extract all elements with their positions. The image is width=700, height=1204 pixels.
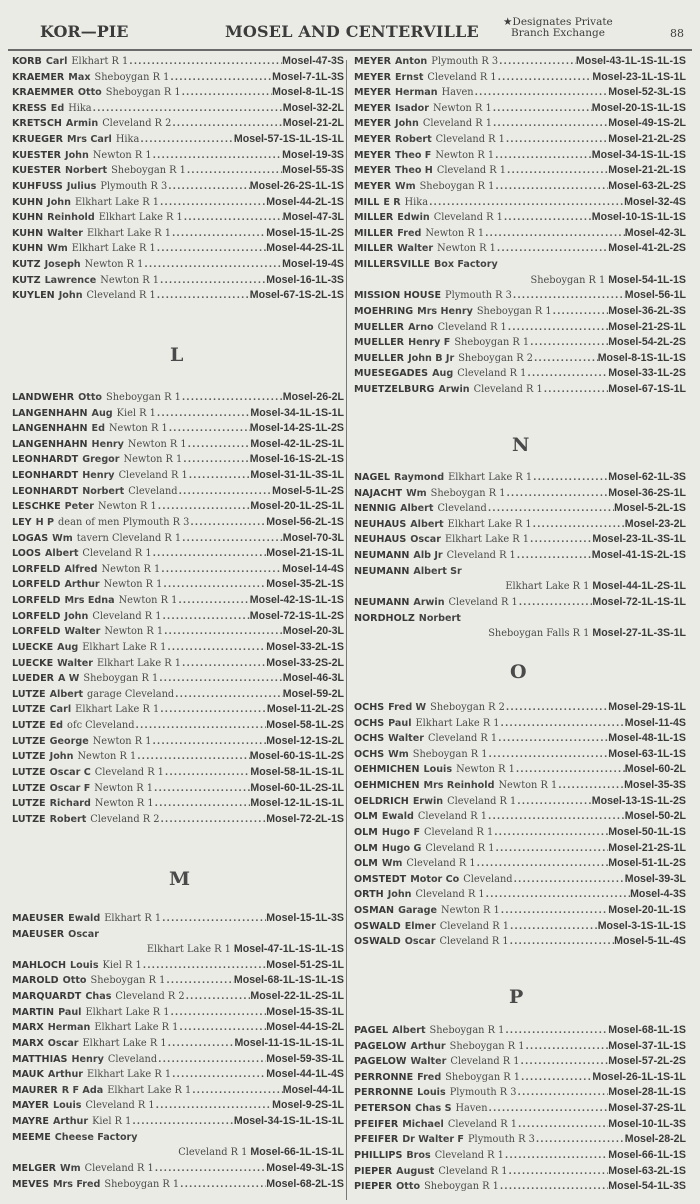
listing-given-name: Louis	[424, 762, 453, 778]
listing-continuation-row: Sheboygan Falls R 1Mosel-27-1L-3S-1L	[354, 626, 686, 642]
listing-given-name: Max	[68, 70, 90, 86]
leader-dots	[495, 148, 592, 164]
listing-phone-number: Mosel-47-3L	[283, 210, 344, 226]
listing-surname: OSWALD	[354, 934, 401, 950]
leader-dots	[182, 390, 283, 406]
listing-location: Cleveland R 1	[457, 366, 526, 382]
listing-row: LORFELDArthurNewton R 1Mosel-35-2L-1S	[12, 577, 344, 593]
listing-phone-number: Mosel-21-2S-1L	[608, 320, 686, 336]
leader-dots	[190, 515, 266, 531]
listing-row: MAUKArthurElkhart Lake R 1Mosel-44-1L-4S	[12, 1067, 344, 1083]
listing-location: Cleveland	[128, 484, 177, 500]
listing-surname: MATTHIAS	[12, 1052, 67, 1068]
listing-location: Cleveland R 1	[439, 934, 508, 950]
listing-given-name: Arwin	[413, 595, 444, 611]
listing-phone-number: Mosel-28-1L-1S	[608, 1085, 686, 1101]
listing-given-name: Paul	[58, 1005, 81, 1021]
listing-given-name: Wm	[395, 179, 416, 195]
leader-dots	[500, 1179, 608, 1195]
listing-row: MEYERRobertCleveland R 1Mosel-21-2L-2S	[354, 132, 686, 148]
listing-surname: MEYER	[354, 70, 391, 86]
listing-row: KUTZLawrenceNewton R 1Mosel-16-1L-3S	[12, 273, 344, 289]
listing-row: MEYERWmSheboygan R 1Mosel-63-2L-2S	[354, 179, 686, 195]
listing-surname: LEONHARDT	[12, 484, 78, 500]
listing-row: OLMHugo GCleveland R 1Mosel-21-2S-1L	[354, 841, 686, 857]
listing-given-name: Henry	[92, 437, 124, 453]
listing-surname: MILL	[354, 195, 379, 211]
listing-surname: PIEPER	[354, 1164, 392, 1180]
listing-row: MOEHRINGMrs HenrySheboygan R 1Mosel-36-2…	[354, 304, 686, 320]
listing-surname: LUTZE	[12, 796, 46, 812]
listing-location: Elkhart R 1	[104, 911, 161, 927]
listing-given-name: Mrs Fred	[53, 1177, 100, 1193]
listing-location: Kiel R 1	[92, 1114, 131, 1130]
listing-surname: OLM	[354, 856, 378, 872]
listing-given-name: Theo H	[395, 163, 433, 179]
listing-row: PERRONNEFredSheboygan R 1Mosel-26-1L-1S-…	[354, 1070, 686, 1086]
listing-phone-number: Mosel-63-2L-2S	[608, 179, 686, 195]
listing-given-name: John	[59, 288, 83, 304]
listing-phone-number: Mosel-67-1S-1L	[608, 382, 686, 398]
listing-phone-number: Mosel-58-1L-1S-1L	[250, 765, 344, 781]
leader-dots	[169, 421, 250, 437]
listing-phone-number: Mosel-16-1S-2L-1S	[250, 452, 344, 468]
listing-row: KRUEGERMrs CarlHikaMosel-57-1S-1L-1S-1L	[12, 132, 344, 148]
leader-dots	[168, 179, 250, 195]
listing-given-name: Arno	[408, 320, 434, 336]
listing-surname: OLM	[354, 841, 378, 857]
listing-surname: LORFELD	[12, 609, 61, 625]
listing-surname: LUTZE	[12, 702, 46, 718]
alphabetic-range: KOR—PIE	[40, 22, 128, 41]
listing-row: OEHMICHENLouisNewton R 1Mosel-60-2L	[354, 762, 686, 778]
listing-phone-number: Mosel-42-1L-2S-1L	[250, 437, 344, 453]
listing-row: KORBCarlElkhart R 1Mosel-47-3S	[12, 54, 344, 70]
listing-given-name: Carl	[50, 702, 72, 718]
listing-surname: LUECKE	[12, 656, 53, 672]
leader-dots	[187, 163, 282, 179]
listing-surname: PIEPER	[354, 1179, 392, 1195]
listing-phone-number: Mosel-20-1S-1L-1S	[592, 101, 686, 117]
listing-location: Cleveland R 1	[438, 1164, 507, 1180]
leader-dots	[519, 595, 593, 611]
leader-dots	[494, 825, 608, 841]
leader-dots	[172, 1067, 266, 1083]
listing-phone-number: Mosel-33-1L-2S	[608, 366, 686, 382]
listing-given-name: Arthur	[411, 1039, 446, 1055]
listing-surname: KRAEMER	[12, 70, 64, 86]
listing-given-name: Aug	[57, 640, 78, 656]
listing-location: Haven	[455, 1101, 487, 1117]
listing-phone-number: Mosel-59-3S-1L	[266, 1052, 344, 1068]
listing-given-name: Louis	[70, 958, 99, 974]
listing-surname: PHILLIPS	[354, 1148, 402, 1164]
listing-surname: LORFELD	[12, 577, 61, 593]
listing-surname: NEUMANN	[354, 595, 409, 611]
listing-given-name: Louis	[53, 1098, 82, 1114]
listing-surname: MARTIN	[12, 1005, 54, 1021]
listing-given-name: Arwin	[438, 382, 469, 398]
listing-location: Cleveland R 1	[440, 919, 509, 935]
listing-row: MUESEGADESAugCleveland R 1Mosel-33-1L-2S	[354, 366, 686, 382]
listing-row: LUTZEOscar FNewton R 1Mosel-60-1L-2S-1L	[12, 781, 344, 797]
listing-surname: OCHS	[354, 700, 384, 716]
listing-location: Kiel R 1	[103, 958, 142, 974]
leader-dots	[517, 794, 592, 810]
listing-surname: LUTZE	[12, 734, 46, 750]
listing-surname: KUHN	[12, 226, 43, 242]
listing-row: MAURERR F AdaElkhart Lake R 1Mosel-44-1L	[12, 1083, 344, 1099]
listing-row: LANGENHAHNEdNewton R 1Mosel-14-2S-1L-2S	[12, 421, 344, 437]
listing-given-name: Hugo F	[382, 825, 420, 841]
listing-phone-number: Mosel-59-2L	[283, 687, 344, 703]
listing-location: Elkhart Lake R 1	[99, 210, 183, 226]
listing-location: Sheboygan R 1	[106, 85, 181, 101]
listing-location: Cleveland R 1	[85, 1161, 154, 1177]
listing-given-name: Wm	[52, 531, 73, 547]
leader-dots	[517, 548, 592, 564]
listing-row: MAEUSEREwaldElkhart R 1Mosel-15-1L-3S	[12, 911, 344, 927]
listing-location: Cleveland R 1	[406, 856, 475, 872]
listing-phone-number: Mosel-26-1L-1S-1L	[592, 1070, 686, 1086]
listing-given-name: Otto	[396, 1179, 420, 1195]
listing-given-name: Walter	[411, 1054, 447, 1070]
listing-location: Elkhart Lake R 1	[445, 532, 529, 548]
listing-surname: MARQUARDT	[12, 989, 81, 1005]
section-letter-l: L	[170, 344, 183, 366]
listing-phone-number: Mosel-23-1L-1S-1L	[592, 70, 686, 86]
listing-surname: MUELLER	[354, 335, 404, 351]
listing-surname: MAEUSER	[12, 911, 64, 927]
listing-surname: LOGAS	[12, 531, 48, 547]
listing-phone-number: Mosel-62-1L-3S	[608, 470, 686, 486]
listing-phone-number: Mosel-20-1L-1S	[608, 903, 686, 919]
listing-row: MEVESMrs FredSheboygan R 1Mosel-68-2L-1S	[12, 1177, 344, 1193]
listing-location: Newton R 1	[437, 241, 496, 257]
listing-phone-number: Mosel-43-1L-1S-1L-1S	[576, 54, 686, 70]
listing-location: Elkhart Lake R 1	[85, 1005, 169, 1021]
listing-given-name: John	[65, 609, 89, 625]
leader-dots	[178, 593, 249, 609]
listing-location: Newton R 1	[93, 734, 152, 750]
listing-given-name: Chas	[85, 989, 111, 1005]
column-divider	[346, 60, 347, 1200]
listing-surname: KUYLEN	[12, 288, 55, 304]
listing-row: NAJACHTWmSheboygan R 1Mosel-36-2S-1L	[354, 486, 686, 502]
listing-phone-number: Mosel-23-2L	[625, 517, 686, 533]
listing-location: Sheboygan R 1	[106, 390, 181, 406]
listing-location: Cleveland R 1	[86, 1098, 155, 1114]
listing-phone-number: Mosel-26-2L	[283, 390, 344, 406]
listing-phone-number: Mosel-8-1S-1L-1S	[598, 351, 686, 367]
listing-given-name: Reinhold	[47, 210, 95, 226]
listing-location: Cleveland R 2	[90, 812, 159, 828]
listing-location: Elkhart Lake R 1	[75, 702, 159, 718]
listing-given-name: Alb Jr	[413, 548, 442, 564]
listing-phone-number: Mosel-66-1L-1S	[608, 1148, 686, 1164]
listing-location: Kiel R 1	[117, 406, 156, 422]
listing-row: KUYLENJohnCleveland R 1Mosel-67-1S-2L-1S	[12, 288, 344, 304]
listing-given-name: Ernst	[395, 70, 423, 86]
listing-row: LEONHARDTNorbertClevelandMosel-5-1L-2S	[12, 484, 344, 500]
listing-location: Hika	[68, 101, 91, 117]
listing-location: Cleveland R 1	[178, 1145, 247, 1161]
listing-phone-number: Mosel-68-2L-1S	[266, 1177, 344, 1193]
listing-given-name: Ed	[50, 718, 63, 734]
listing-given-name: Fred	[397, 226, 421, 242]
listing-phone-number: Mosel-55-3S	[282, 163, 344, 179]
leader-dots	[144, 257, 282, 273]
listing-row: OLMWmCleveland R 1Mosel-51-1L-2S	[354, 856, 686, 872]
listing-location: Sheboygan R 1	[104, 1177, 179, 1193]
listing-phone-number: Mosel-31-1L-3S-1L	[250, 468, 344, 484]
leader-dots	[533, 517, 625, 533]
listing-phone-number: Mosel-63-1L-1S	[608, 747, 686, 763]
listing-surname: NAJACHT	[354, 486, 402, 502]
listing-location: Elkhart Lake R 1	[505, 579, 589, 595]
listing-given-name: Herman	[395, 85, 438, 101]
listing-given-name: Ed	[51, 101, 64, 117]
leader-dots	[525, 1039, 608, 1055]
listing-location: Sheboygan R 1	[445, 1070, 520, 1086]
listing-row: LANGENHAHNHenryNewton R 1Mosel-42-1L-2S-…	[12, 437, 344, 453]
listing-given-name: Herman	[48, 1020, 91, 1036]
listing-given-name: Oscar F	[50, 781, 91, 797]
listing-surname: KUHN	[12, 241, 43, 257]
listing-surname: MEYER	[354, 163, 391, 179]
listing-row: LESCHKEPeterNewton R 1Mosel-20-1L-2S-1L	[12, 499, 344, 515]
listing-row: MEYERHermanHavenMosel-52-3L-1S	[354, 85, 686, 101]
leader-dots	[158, 499, 251, 515]
leader-dots	[172, 116, 282, 132]
listing-given-name: H P	[36, 515, 54, 531]
listing-given-name: Albert	[45, 546, 78, 562]
listing-surname: MAYRE	[12, 1114, 49, 1130]
listing-surname: MEYER	[354, 132, 391, 148]
listing-phone-number: Mosel-19-3S	[282, 148, 344, 164]
listing-surname: PERRONNE	[354, 1085, 413, 1101]
leader-dots	[132, 1114, 234, 1130]
listing-given-name: Norbert	[82, 484, 124, 500]
listing-surname: MAYER	[12, 1098, 49, 1114]
listing-row: MEYERErnstCleveland R 1Mosel-23-1L-1S-1L	[354, 70, 686, 86]
listing-given-name: Oscar	[68, 927, 99, 943]
listing-given-name: John	[47, 195, 71, 211]
listing-surname: KUESTER	[12, 148, 61, 164]
listing-given-name: Paul	[388, 716, 411, 732]
leader-dots	[493, 101, 592, 117]
listing-row: MAYERLouisCleveland R 1Mosel-9-2S-1L	[12, 1098, 344, 1114]
listing-phone-number: Mosel-44-2L-1S	[266, 195, 344, 211]
listing-surname: KRUEGER	[12, 132, 63, 148]
leader-dots	[544, 382, 609, 398]
leader-dots	[159, 671, 283, 687]
listing-location: Elkhart R 1	[71, 54, 128, 70]
leader-dots	[429, 195, 624, 211]
listing-row: NENNIGAlbertClevelandMosel-5-2L-1S	[354, 501, 686, 517]
listing-given-name: Henry F	[408, 335, 450, 351]
listing-location: Cleveland	[438, 501, 487, 517]
listing-row: PIEPEROttoSheboygan R 1Mosel-54-1L-3S	[354, 1179, 686, 1195]
listing-phone-number: Mosel-14-4S	[282, 562, 344, 578]
listing-surname: PERRONNE	[354, 1070, 413, 1086]
leader-dots	[498, 731, 608, 747]
leader-dots	[510, 919, 598, 935]
listing-phone-number: Mosel-10-1S-1L-1S	[592, 210, 686, 226]
listing-given-name: Wm	[382, 856, 403, 872]
listing-phone-number: Mosel-56-2L-1S	[266, 515, 344, 531]
listing-row: KRAEMMEROttoSheboygan R 1Mosel-8-1L-1S	[12, 85, 344, 101]
leader-dots	[158, 1052, 266, 1068]
listing-location: Newton R 1	[128, 437, 187, 453]
listing-location: Sheboygan R 1	[431, 486, 506, 502]
leader-dots	[180, 1177, 266, 1193]
listing-phone-number: Mosel-15-3S-1L	[266, 1005, 344, 1021]
listing-row: MEYERAntonPlymouth R 3Mosel-43-1L-1S-1L-…	[354, 54, 686, 70]
listing-surname: NEUHAUS	[354, 517, 406, 533]
listing-row: MUELLERHenry FSheboygan R 1Mosel-54-2L-2…	[354, 335, 686, 351]
listing-given-name: Raymond	[394, 470, 444, 486]
listing-location: Elkhart Lake R 1	[97, 656, 181, 672]
listing-given-name: August	[396, 1164, 434, 1180]
leader-dots	[513, 288, 625, 304]
listing-given-name: Otto	[78, 85, 102, 101]
listing-surname: OELDRICH	[354, 794, 409, 810]
listing-phone-number: Mosel-33-2S-2L	[266, 656, 344, 672]
listing-location: Cleveland R 1	[438, 320, 507, 336]
listing-surname: PFEIFER	[354, 1132, 398, 1148]
listing-location: Elkhart Lake R 1	[82, 640, 166, 656]
listing-surname: MOEHRING	[354, 304, 413, 320]
listing-given-name: Albert	[400, 501, 433, 517]
listing-row: PIEPERAugustCleveland R 1Mosel-63-2L-1S	[354, 1164, 686, 1180]
listing-surname: LANGENHAHN	[12, 437, 88, 453]
listing-location: Haven	[442, 85, 474, 101]
listing-row: LOGASWmtavern Cleveland R 1Mosel-70-3L	[12, 531, 344, 547]
listing-phone-number: Mosel-26-2S-1L-1S	[250, 179, 344, 195]
listing-phone-number: Mosel-51-2S-1L	[266, 958, 344, 974]
listing-given-name: Wm	[47, 241, 68, 257]
listing-location: Sheboygan R 2	[458, 351, 533, 367]
listing-given-name: Albert	[392, 1023, 425, 1039]
listing-location: Cleveland R 1	[448, 1117, 517, 1133]
listing-location: Sheboygan R 1	[91, 973, 166, 989]
listing-phone-number: Mosel-37-2S-1L	[608, 1101, 686, 1117]
listing-row: OEHMICHENMrs ReinholdNewton R 1Mosel-35-…	[354, 778, 686, 794]
leader-dots	[157, 241, 267, 257]
listing-given-name: Gregor	[82, 452, 119, 468]
listing-surname: MEYER	[354, 148, 391, 164]
listing-surname: LUECKE	[12, 640, 53, 656]
listing-given-name: Mrs Carl	[67, 132, 112, 148]
listing-location: Newton R 1	[441, 903, 500, 919]
listing-row: KRAEMERMaxSheboygan R 1Mosel-7-1L-3S	[12, 70, 344, 86]
listing-surname: PFEIFER	[354, 1117, 398, 1133]
leader-dots	[179, 484, 273, 500]
listing-location: Newton R 1	[119, 593, 178, 609]
listing-row: OCHSWalterCleveland R 1Mosel-48-1L-1S	[354, 731, 686, 747]
listing-surname: MILLER	[354, 226, 393, 242]
listing-row: OCHSWmSheboygan R 1Mosel-63-1L-1S	[354, 747, 686, 763]
listing-row: NEUMANNAlbert Sr	[354, 564, 686, 580]
pbx-legend-line2: Branch Exchange	[503, 28, 613, 39]
listing-given-name: Motor Co	[410, 872, 459, 888]
listing-phone-number: Mosel-70-3L	[283, 531, 344, 547]
listing-location: Elkhart Lake R 1	[75, 195, 159, 211]
listing-phone-number: Mosel-5-1L-2S	[272, 484, 344, 500]
listing-phone-number: Mosel-34-1S-1L-1S-1L	[234, 1114, 344, 1130]
listing-row: MILLERWalterNewton R 1Mosel-41-2L-2S	[354, 241, 686, 257]
listing-row: PHILLIPSBrosCleveland R 1Mosel-66-1L-1S	[354, 1148, 686, 1164]
listing-row: LUTZEOscar CCleveland R 1Mosel-58-1L-1S-…	[12, 765, 344, 781]
listing-location: Cleveland R 1	[95, 765, 164, 781]
listing-surname: LORFELD	[12, 624, 61, 640]
listing-location: Elkhart Lake R 1	[147, 942, 231, 958]
leader-dots	[155, 1161, 267, 1177]
listing-row: LUTZECarlElkhart Lake R 1Mosel-11-2L-2S	[12, 702, 344, 718]
listing-given-name: Arthur	[65, 577, 100, 593]
listing-surname: NEUMANN	[354, 564, 409, 580]
listing-surname: OLM	[354, 809, 378, 825]
listing-phone-number: Mosel-20-1L-2S-1L	[250, 499, 344, 515]
leader-dots	[161, 562, 282, 578]
listing-phone-number: Mosel-47-1L-1S-1L-1S	[234, 942, 344, 958]
listing-row: PFEIFERDr Walter FPlymouth R 3Mosel-28-2…	[354, 1132, 686, 1148]
listing-given-name: Bros	[406, 1148, 430, 1164]
listing-phone-number: Mosel-47-3S	[282, 54, 344, 70]
listing-continuation-row: Cleveland R 1Mosel-66-1L-1S-1L	[12, 1145, 344, 1161]
listing-location: Cleveland R 1	[447, 794, 516, 810]
listing-surname: OLM	[354, 825, 378, 841]
leader-dots	[496, 841, 609, 857]
listing-given-name: Oscar	[405, 934, 436, 950]
leader-dots	[553, 304, 609, 320]
listing-row: ORTHJohnCleveland R 1Mosel-4-3S	[354, 887, 686, 903]
listing-phone-number: Mosel-68-1L-1S	[608, 1023, 686, 1039]
leader-dots	[175, 687, 283, 703]
listing-phone-number: Mosel-19-4S	[282, 257, 344, 273]
listing-given-name: John	[50, 749, 74, 765]
listing-location: Sheboygan R 1	[430, 1023, 505, 1039]
listing-surname: OMSTEDT	[354, 872, 406, 888]
listing-phone-number: Mosel-72-1S-1L-2S	[250, 609, 344, 625]
listing-row: KUTZJosephNewton R 1Mosel-19-4S	[12, 257, 344, 273]
listing-location: Newton R 1	[77, 749, 136, 765]
listing-given-name: Albert	[410, 517, 443, 533]
listing-row: MARXOscarElkhart Lake R 1Mosel-11-1S-1L-…	[12, 1036, 344, 1052]
header-rule	[8, 49, 692, 51]
listing-surname: LUTZE	[12, 687, 46, 703]
leader-dots	[183, 452, 250, 468]
page-header: KOR—PIE MOSEL AND CENTERVILLE ★Designate…	[0, 0, 700, 50]
listing-phone-number: Mosel-5-2L-1S	[614, 501, 686, 517]
leader-dots	[143, 958, 267, 974]
listing-location: Elkhart Lake R 1	[107, 1083, 191, 1099]
listing-surname: LANGENHAHN	[12, 406, 88, 422]
leader-dots	[485, 226, 625, 242]
listing-phone-number: Mosel-21-2L-1S	[608, 163, 686, 179]
leader-dots	[530, 532, 592, 548]
listing-row: LORFELDWalterNewton R 1Mosel-20-3L	[12, 624, 344, 640]
listing-surname: OCHS	[354, 747, 384, 763]
listing-given-name: Anton	[395, 54, 427, 70]
listing-given-name: Arthur	[53, 1114, 88, 1130]
listing-row: PAGELOWArthurSheboygan R 1Mosel-37-1L-1S	[354, 1039, 686, 1055]
listing-row: OLMHugo FCleveland R 1Mosel-50-1L-1S	[354, 825, 686, 841]
listing-phone-number: Mosel-72-1L-1S-1L	[592, 595, 686, 611]
listing-row: NEUMANNArwinCleveland R 1Mosel-72-1L-1S-…	[354, 595, 686, 611]
listing-row: NEUHAUSOscarElkhart Lake R 1Mosel-23-1L-…	[354, 532, 686, 548]
